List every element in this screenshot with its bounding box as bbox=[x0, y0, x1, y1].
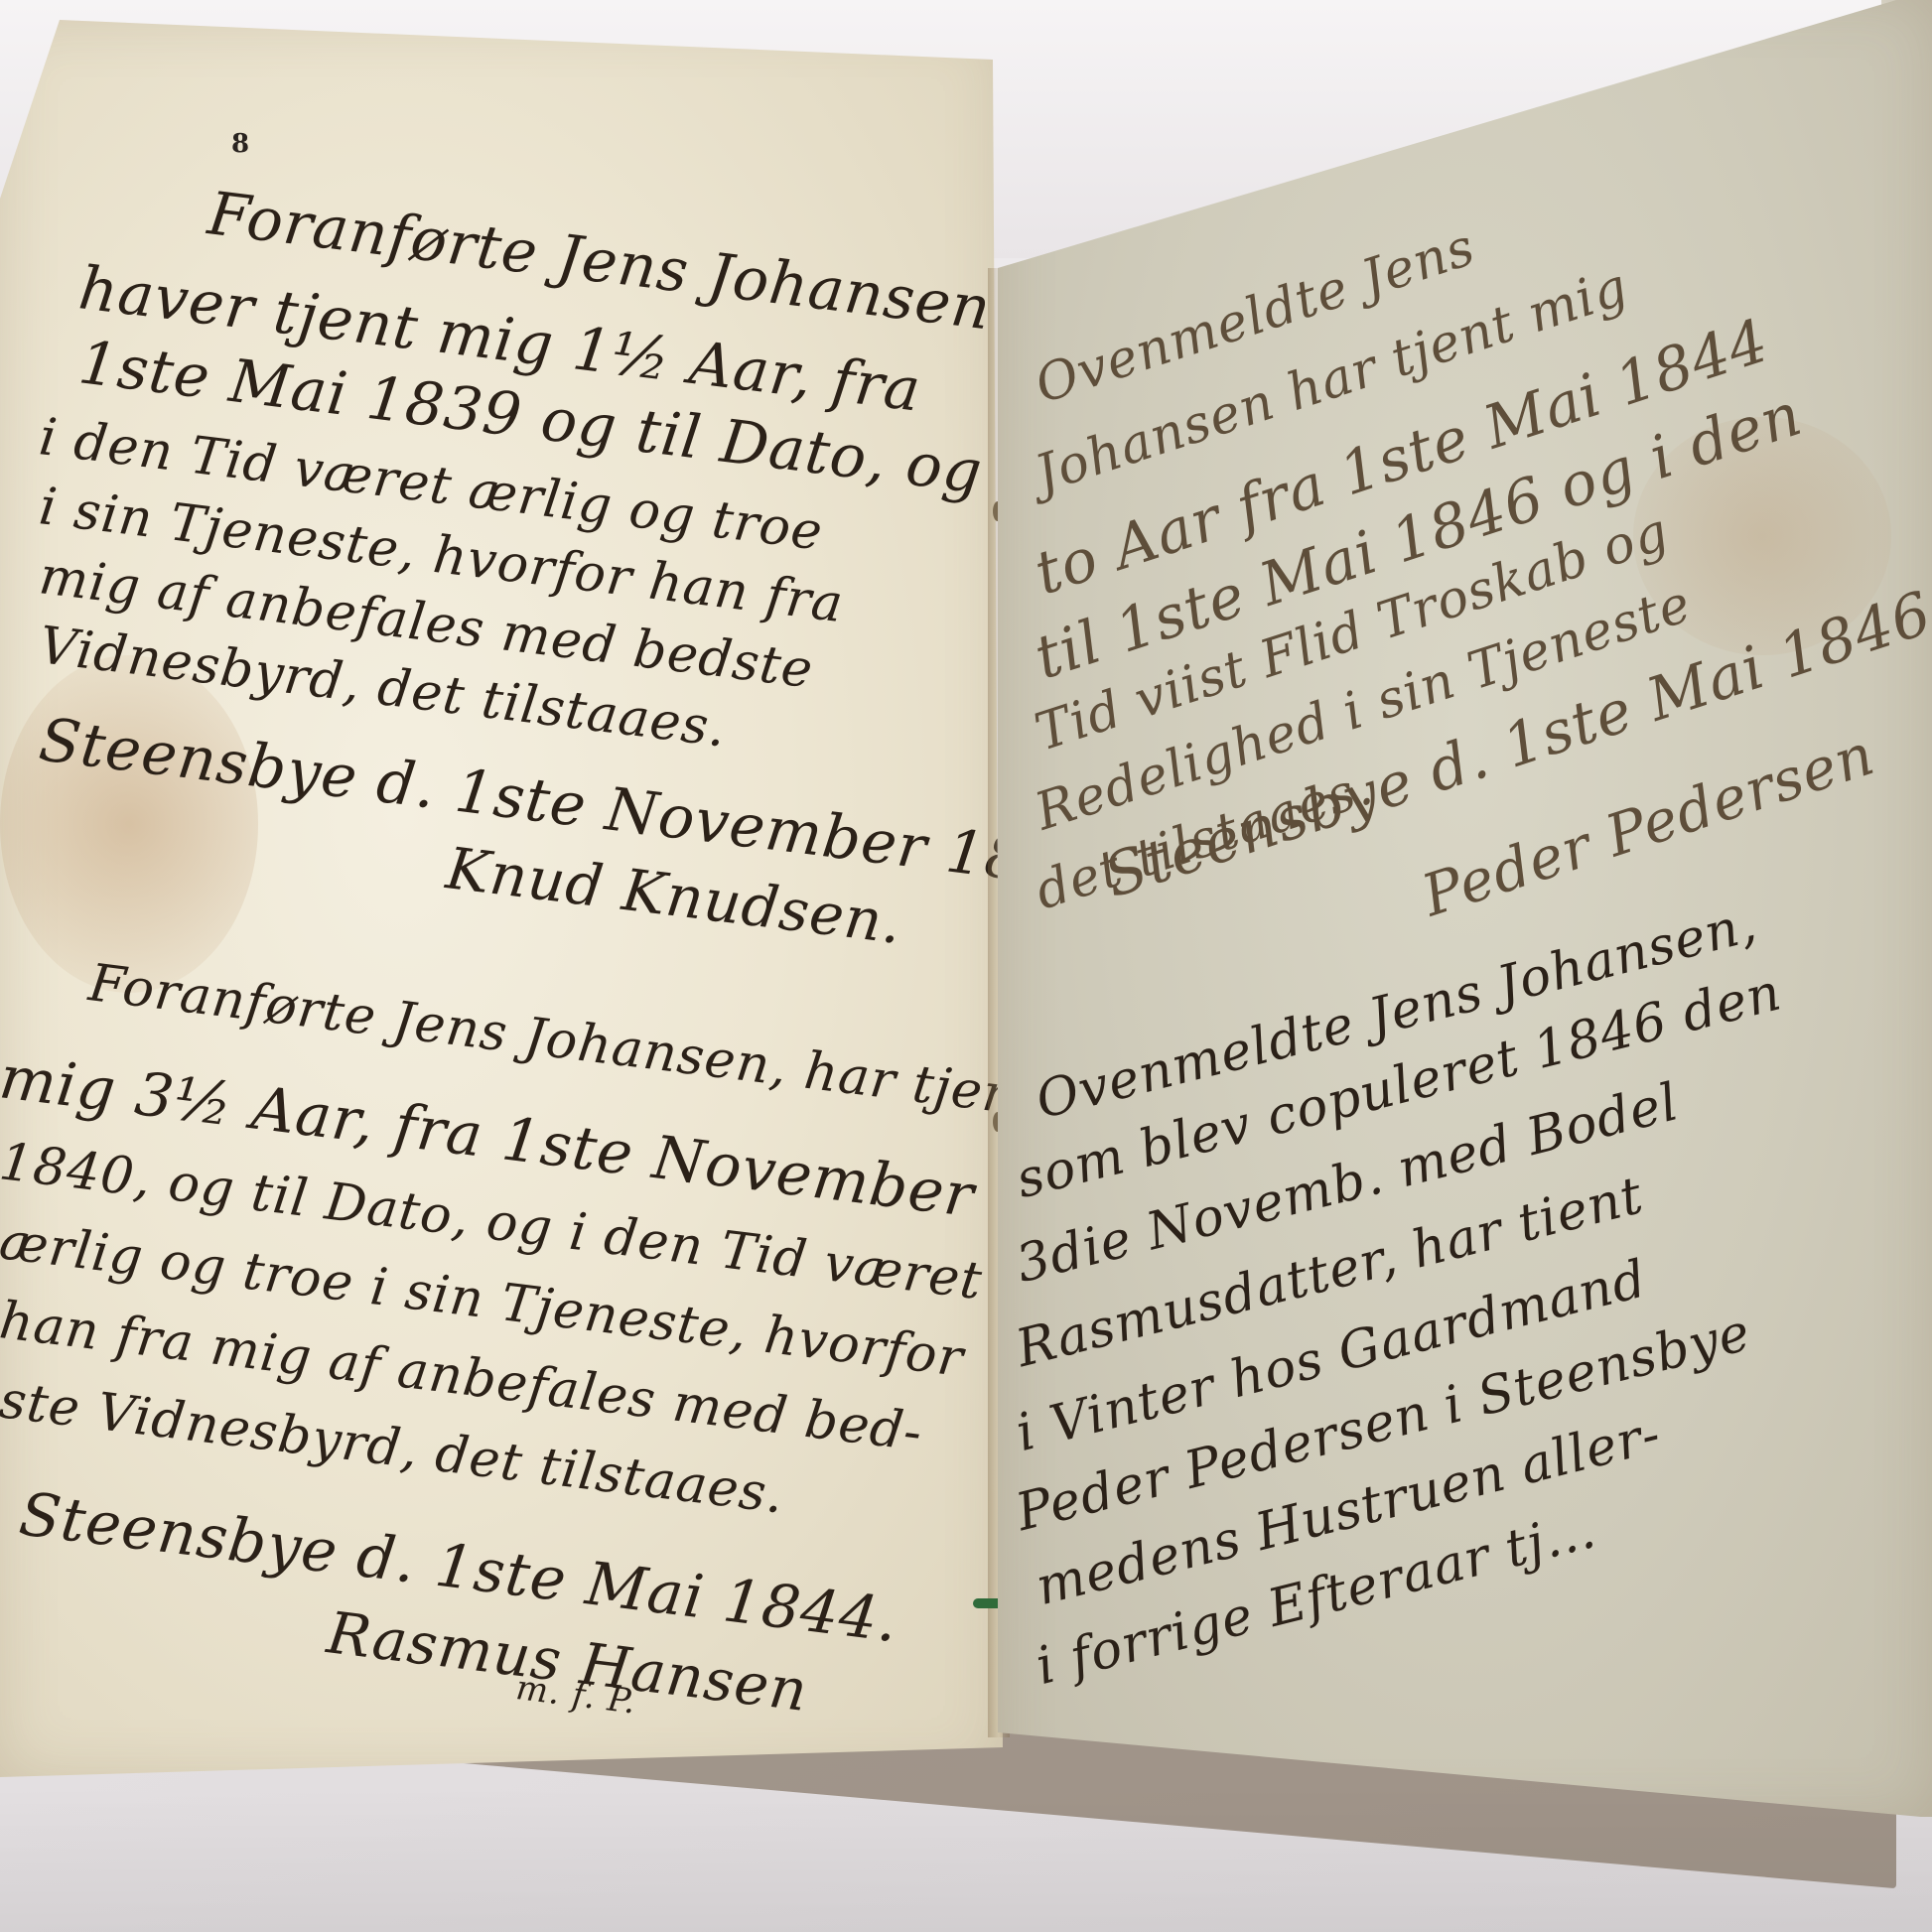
page-number: 8 bbox=[231, 129, 249, 159]
paper-stain bbox=[0, 655, 258, 993]
open-book: 8 Foranførte Jens Johansen haver tjent m… bbox=[0, 0, 1932, 1932]
photo-scene: 8 Foranførte Jens Johansen haver tjent m… bbox=[0, 0, 1932, 1932]
right-page: Ovenmeldte Jens Johansen har tjent mig t… bbox=[998, 0, 1932, 1817]
left-page: 8 Foranførte Jens Johansen haver tjent m… bbox=[0, 20, 1003, 1777]
